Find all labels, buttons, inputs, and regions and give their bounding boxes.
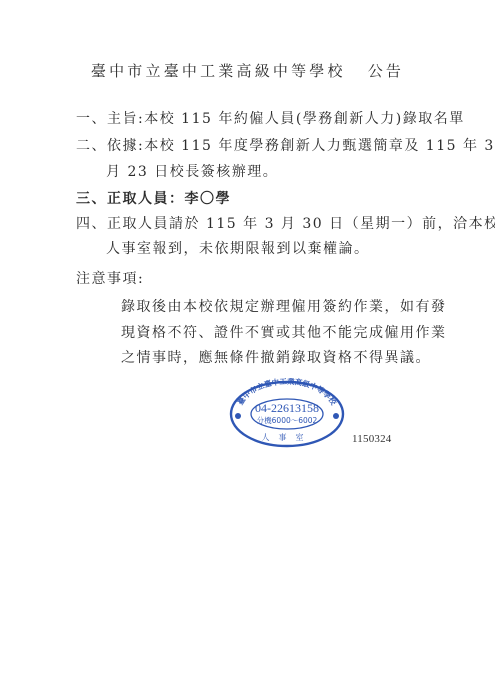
item-label: 正取人員： <box>107 191 185 207</box>
notes-line-1: 錄取後由本校依規定辦理僱用簽約作業，如有發 <box>121 296 447 316</box>
item-text: 人事室報到，未依期限報到以棄權論。 <box>106 241 370 257</box>
item-marker: 三、 <box>76 191 107 207</box>
item-4-report: 四、正取人員請於 115 年 3 月 30 日（星期一）前，洽本校 <box>76 213 495 233</box>
school-name: 臺中市立臺中工業高級中等學校 <box>91 62 346 80</box>
official-stamp: 臺中市立臺中工業高級中等學校 04-22613158 分機6000～6002 人… <box>228 378 346 448</box>
item-text: 正取人員請於 115 年 3 月 30 日（星期一）前，洽本校 <box>107 216 495 232</box>
item-text: 本校 115 年度學務創新人力甄選簡章及 115 年 3 <box>144 138 495 154</box>
stamp-extension: 分機6000～6002 <box>257 415 318 425</box>
item-label: 主旨: <box>107 111 144 127</box>
item-marker: 一、 <box>76 111 107 127</box>
item-marker: 二、 <box>76 138 107 154</box>
stamp-phone: 04-22613158 <box>255 401 319 415</box>
item-1-subject: 一、主旨:本校 115 年約僱人員(學務創新人力)錄取名單 <box>76 108 465 128</box>
notes-heading: 注意事項: <box>76 268 144 288</box>
announcement-page: 臺中市立臺中工業高級中等學校公告 一、主旨:本校 115 年約僱人員(學務創新人… <box>0 0 495 700</box>
item-2-basis: 二、依據:本校 115 年度學務創新人力甄選簡章及 115 年 3 <box>76 135 495 155</box>
item-label: 依據: <box>107 138 144 154</box>
announcement-title: 臺中市立臺中工業高級中等學校公告 <box>0 60 495 81</box>
notes-line-2: 現資格不符、證件不實或其他不能完成僱用作業 <box>121 322 447 342</box>
item-4-report-cont: 人事室報到，未依期限報到以棄權論。 <box>106 238 370 258</box>
item-marker: 四、 <box>76 216 107 232</box>
item-3-admitted: 三、正取人員：李〇學 <box>76 188 231 208</box>
admitted-name: 李〇學 <box>185 191 232 207</box>
item-text: 月 23 日校長簽核辦理。 <box>106 164 278 180</box>
item-text: 本校 115 年約僱人員(學務創新人力)錄取名單 <box>144 111 465 127</box>
document-number: 1150324 <box>352 433 392 445</box>
notes-line-3: 之情事時，應無條件撤銷錄取資格不得異議。 <box>121 347 431 367</box>
announcement-type: 公告 <box>368 62 404 80</box>
item-2-basis-cont: 月 23 日校長簽核辦理。 <box>106 161 278 181</box>
stamp-department: 人事室 <box>262 432 313 442</box>
